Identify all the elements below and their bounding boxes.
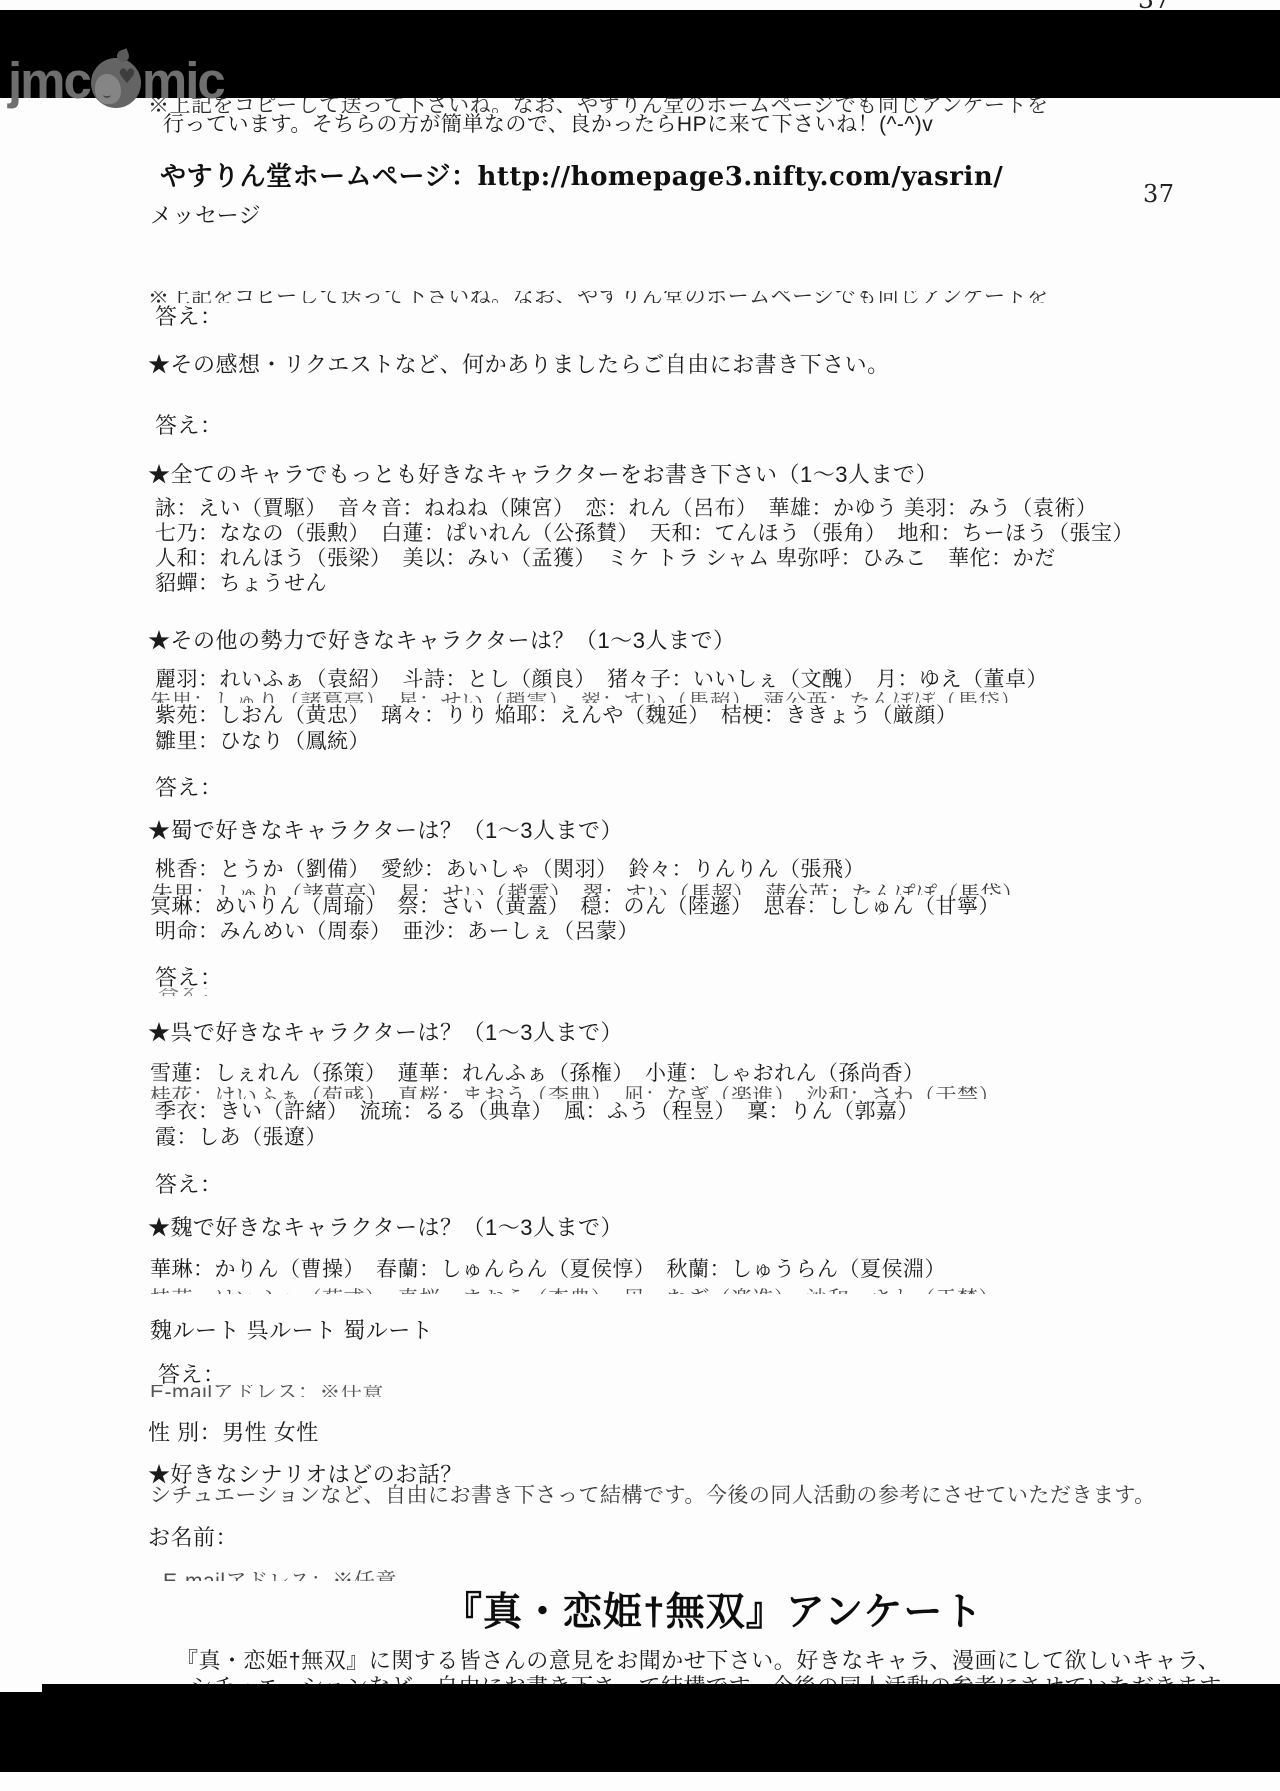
clipped-character-line: 朱里：しゅり（諸葛亮） 星：せい（趙雲） 翠：すい（馬超） 蒲公英：たんぽぽ（馬… xyxy=(150,692,1230,703)
clipped-email-line: E-mailアドレス：※任意 xyxy=(150,1385,550,1397)
character-list-line: 七乃：ななの（張勲） 白蓮：ぱいれん（公孫賛） 天和：てんほう（張角） 地和：ち… xyxy=(155,522,1134,546)
question-gi: ★魏で好きなキャラクターは？（1～3人まで） xyxy=(148,1215,623,1240)
character-list-line: 貂蟬：ちょうせん xyxy=(155,572,327,596)
message-label: メッセージ xyxy=(150,203,261,228)
logo-text-left: jmc xyxy=(8,51,90,110)
survey-intro-line1: 『真・恋姫†無双』に関する皆さんの意見をお聞かせ下さい。好きなキャラ、漫画にして… xyxy=(176,1648,1220,1673)
character-list-line: 華琳：かりん（曹操） 春蘭：しゅんらん（夏侯惇） 秋蘭：しゅうらん（夏侯淵） xyxy=(150,1258,946,1282)
question-all-characters: ★全てのキャラでもっとも好きなキャラクターをお書き下さい（1～3人まで） xyxy=(148,462,938,487)
homepage-url-line: やすりん堂ホームページ：http://homepage3.nifty.com/y… xyxy=(160,163,1003,193)
survey-title: 『真・恋姫†無双』アンケート xyxy=(443,1581,983,1637)
answer-label-4: 答え： xyxy=(155,965,223,990)
scan-artifact-sliver: 答え： xyxy=(158,988,358,996)
clipped-email-line-2: E-mailアドレス：※任意 xyxy=(163,1565,563,1581)
bottom-black-bar xyxy=(0,1684,1280,1772)
answer-label-3: 答え： xyxy=(155,775,223,800)
gender-line: 性 別：男性 女性 xyxy=(148,1420,319,1445)
character-list-line: 詠：えい（賈駆） 音々音：ねねね（陳宮） 恋：れん（呂布） 華雄：かゆう 美羽：… xyxy=(155,497,1097,521)
character-list-line: 人和：れんほう（張梁） 美以：みい（孟獲） ミケ トラ シャム 卑弥呼：ひみこ … xyxy=(155,547,1056,571)
clipped-character-line: 桂花：けいふぁ（荀彧） 真桜：まおう（李典） 凪：なぎ（楽進） 沙和：さわ（于禁… xyxy=(150,1086,1230,1099)
character-list-line: 雪蓮：しぇれん（孫策） 蓮華：れんふぁ（孫権） 小蓮：しゃおれん（孫尚香） xyxy=(150,1062,925,1086)
name-label: お名前： xyxy=(148,1525,238,1550)
route-options: 魏ルート 呉ルート 蜀ルート xyxy=(150,1318,433,1343)
scenario-note-line: シチュエーションなど、自由にお書き下さって結構です。今後の同人活動の参考にさせて… xyxy=(150,1484,1156,1508)
question-go: ★呉で好きなキャラクターは？（1～3人まで） xyxy=(148,1020,623,1045)
answer-label-2: 答え： xyxy=(155,413,223,438)
monkey-icon: ♥ xyxy=(91,58,141,108)
page-number-side: 37 xyxy=(1143,181,1175,209)
question-feedback: ★その感想・リクエストなど、何かありましたらご自由にお書き下さい。 xyxy=(148,352,890,377)
scanned-page: 37 jmc♥mic ※上記をコピーして送って下さいね。なお、やすりん堂のホーム… xyxy=(0,0,1280,1791)
character-list-line: 麗羽：れいふぁ（袁紹） 斗詩：とし（顔良） 猪々子：いいしぇ（文醜） 月：ゆえ（… xyxy=(155,668,1048,692)
clipped-character-line: 朱里：しゅり（諸葛亮） 星：せい（趙雲） 翠：すい（馬超） 蒲公英：たんぽぽ（馬… xyxy=(152,881,1232,895)
answer-label-1: 答え： xyxy=(155,304,223,329)
character-list-line: 霞：しあ（張遼） xyxy=(155,1126,327,1150)
answer-label-6: 答え： xyxy=(158,1362,226,1387)
clipped-note-sliver: ※上記をコピーして送って下さいね。なお、やすりん堂のホームページでも同じアンケー… xyxy=(148,291,1228,303)
character-list-line: 明命：みんめい（周泰） 亜沙：あーしぇ（呂蒙） xyxy=(155,920,639,944)
character-list-line: 桃香：とうか（劉備） 愛紗：あいしゃ（関羽） 鈴々：りんりん（張飛） xyxy=(155,858,865,882)
character-list-line: 雛里：ひなり（鳳統） xyxy=(155,730,370,754)
character-list-line: 季衣：きい（許緒） 流琉：るる（典韋） 風：ふう（程昱） 稟：りん（郭嘉） xyxy=(155,1100,919,1124)
clipped-note-line: ※上記をコピーして送って下さいね。なお、やすりん堂のホームページでも同じアンケー… xyxy=(148,98,1228,113)
top-black-bar: jmc♥mic xyxy=(0,10,1280,98)
answer-label-5: 答え： xyxy=(155,1172,223,1197)
note-line2: 行っています。そちらの方が簡単なので、良かったらHPに来て下さいね！(^-^)v xyxy=(163,113,933,137)
bottom-bar-notch xyxy=(0,1684,42,1692)
character-list-line: 紫苑：しおん（黄忠） 璃々：りり 焔耶：えんや（魏延） 桔梗：ききょう（厳顔） xyxy=(155,704,957,728)
question-shoku: ★蜀で好きなキャラクターは？（1～3人まで） xyxy=(148,818,623,843)
character-list-line: 冥琳：めいりん（周瑜） 祭：さい（黄蓋） 穏：のん（陸遜） 思春：ししゅん（甘寧… xyxy=(150,895,1000,919)
question-other-faction: ★その他の勢力で好きなキャラクターは？（1～3人まで） xyxy=(148,628,736,653)
clipped-character-line: 桂花：けいふぁ（荀彧） 真桜：まおう（李典） 凪：なぎ（楽進） 沙和：さわ（于禁… xyxy=(150,1283,1230,1294)
